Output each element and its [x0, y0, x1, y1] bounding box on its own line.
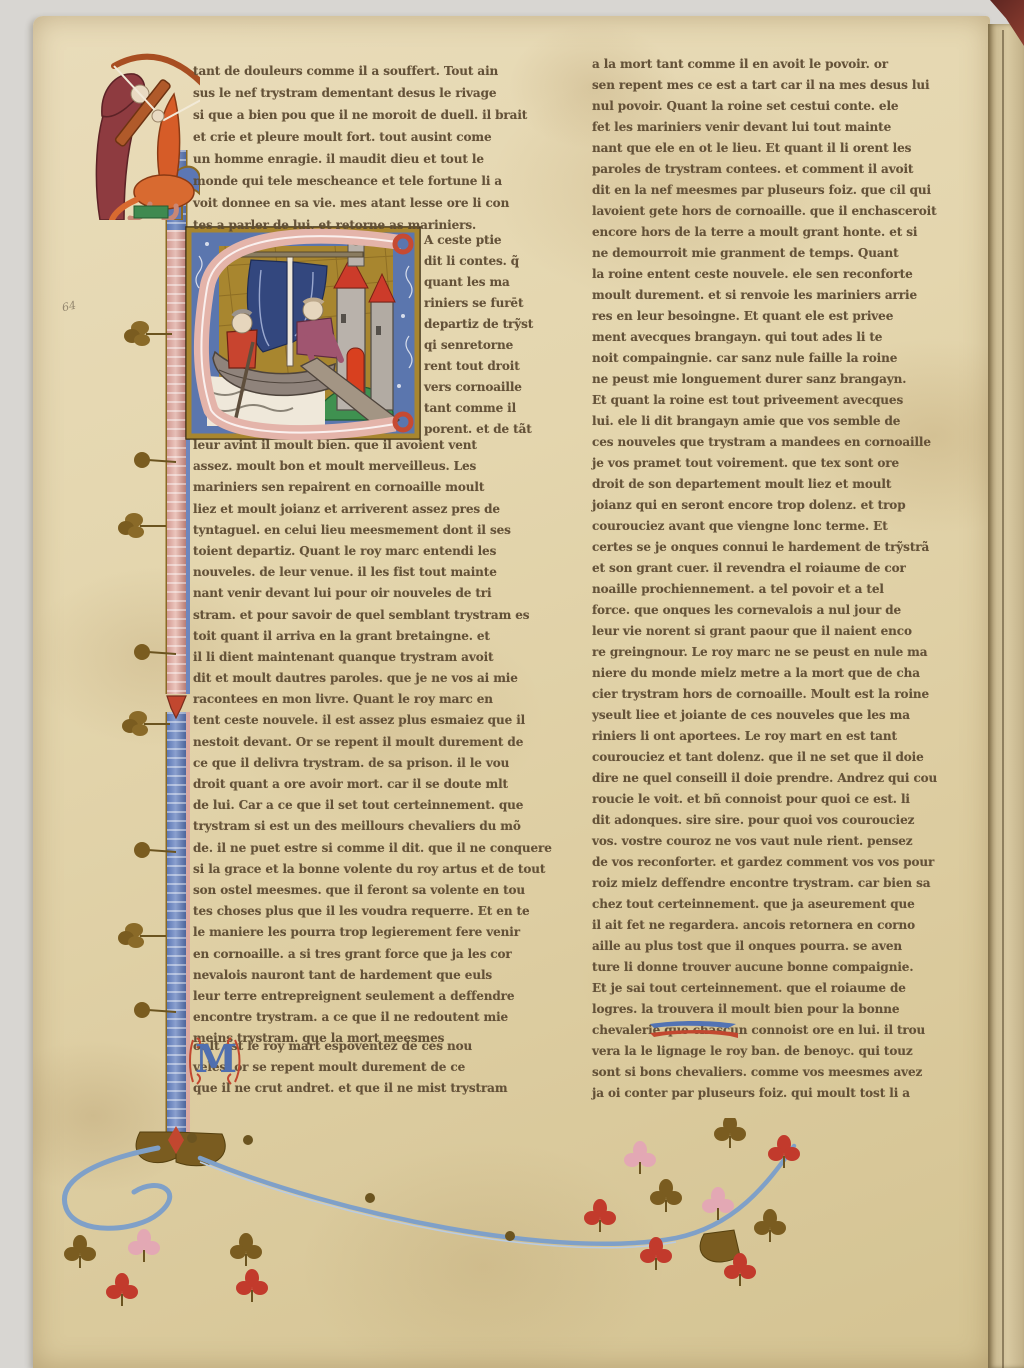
- text-line: fet les mariniers venir devant lui tout …: [592, 117, 967, 138]
- text-line: re greingnour. Le roy marc ne se peust e…: [592, 642, 967, 663]
- text-line: dire ne quel conseill il doie prendre. A…: [592, 768, 967, 789]
- text-line: dit adonques. sire sire. pour quoi vos c…: [592, 810, 967, 831]
- text-line: dit li contes. q̃: [424, 251, 566, 272]
- text-line: que il ne crut andret. et que il ne mist…: [193, 1078, 568, 1099]
- text-line: quant les ma: [424, 272, 566, 293]
- text-line: lui. ele li dit brangayn amie que vos se…: [592, 411, 967, 432]
- text-line: qi senretorne: [424, 335, 566, 356]
- archer-hand: [152, 110, 164, 122]
- text-line: monde qui tele mescheance et tele fortun…: [193, 170, 565, 192]
- illuminated-letter-M: M: [195, 1040, 235, 1080]
- text-line: dit en la nef meesmes par pluseurs foiz.…: [592, 180, 967, 201]
- text-line: nevalois nauront tant de hardement que e…: [193, 965, 568, 986]
- text-line: de. il ne puet estre si comme il dit. qu…: [193, 838, 568, 859]
- text-line: racontees en mon livre. Quant le roy mar…: [193, 689, 568, 710]
- text-line: de vos reconforter. et gardez comment vo…: [592, 852, 967, 873]
- text-line: nestoit devant. Or se repent il moult du…: [193, 732, 568, 753]
- margin-ivy-leaves: [110, 300, 190, 1140]
- text-line: noit compaingnie. car sanz nule faille l…: [592, 348, 967, 369]
- text-line: nouveles. de leur venue. il les fist tou…: [193, 562, 568, 583]
- text-line: courouciez et tant dolenz. que il ne set…: [592, 747, 967, 768]
- left-column-main-text: leur avint il moult bien. que il avoient…: [193, 435, 568, 1049]
- dragon-body: [134, 175, 194, 209]
- text-line: moult durement. et si renvoie les marini…: [592, 285, 967, 306]
- text-line: droit quant a ore avoir mort. car il se …: [193, 774, 568, 795]
- text-line: a la mort tant comme il en avoit le povo…: [592, 54, 967, 75]
- text-line: si la grace et la bonne volente du roy a…: [193, 859, 568, 880]
- text-line: sen repent mes ce est a tart car il na m…: [592, 75, 967, 96]
- text-line: Et quant la roine est tout priveement av…: [592, 390, 967, 411]
- text-line: Et je sai tout certeinnement. que el roi…: [592, 978, 967, 999]
- text-line: chez tout certeinnement. que ja aseureme…: [592, 894, 967, 915]
- text-line: ne demourroit mie granment de temps. Qua…: [592, 243, 967, 264]
- bottom-vine-flourish: [40, 1118, 840, 1318]
- text-line: sont si bons chevaliers. comme vos meesm…: [592, 1062, 967, 1083]
- text-line: lavoient gete hors de cornoaille. que il…: [592, 201, 967, 222]
- text-line: ne peust mie longuement durer sanz brang…: [592, 369, 967, 390]
- archer-on-dragon-drollery: [42, 24, 200, 220]
- mast: [287, 254, 293, 366]
- text-line: la roine entent ceste nouvele. ele sen r…: [592, 264, 967, 285]
- text-line: nant que ele en ot le lieu. Et quant il …: [592, 138, 967, 159]
- text-line: stram. et pour savoir de quel semblant t…: [193, 605, 568, 626]
- text-line: liez et moult joianz et arriverent assez…: [193, 499, 568, 520]
- text-line: je vos pramet tout voirement. que tex so…: [592, 453, 967, 474]
- text-line: et son grant cuer. il revendra el roiaum…: [592, 558, 967, 579]
- text-line: le maniere les pourra trop legierement f…: [193, 922, 568, 943]
- line-filler-icon: [648, 1018, 740, 1040]
- text-line: leur terre entrepreignent seulement a de…: [193, 986, 568, 1007]
- text-line: un homme enragie. il maudit dieu et tout…: [193, 148, 565, 170]
- text-line: nul povoir. Quant la roine set cestui co…: [592, 96, 967, 117]
- text-line: courouciez avant que viengne lonc terme.…: [592, 516, 967, 537]
- manuscript-page: tant de douleurs comme il a souffert. To…: [0, 0, 1024, 1368]
- text-line: voit donnee en sa vie. mes atant lesse o…: [193, 192, 565, 214]
- gold-cusp-mid: [700, 1230, 740, 1262]
- text-line: et crie et pleure moult fort. tout ausin…: [193, 126, 565, 148]
- text-line: niere du monde mielz metre a la mort que…: [592, 663, 967, 684]
- text-line: rent tout droit: [424, 356, 566, 377]
- text-line: noaille prochiennement. a tel povoir et …: [592, 579, 967, 600]
- dragon-wing: [158, 94, 180, 182]
- text-line: departiz de trỹst: [424, 314, 566, 335]
- text-line: A ceste ptie: [424, 230, 566, 251]
- text-line: droit de son departement moult liez et m…: [592, 474, 967, 495]
- text-line: si que a bien pou que il ne moroit de du…: [193, 104, 565, 126]
- text-line: en cornoaille. a si tres grant force que…: [193, 944, 568, 965]
- text-line: nant venir devant lui pour oir nouveles …: [193, 583, 568, 604]
- text-line: toient departiz. Quant le roy marc enten…: [193, 541, 568, 562]
- text-line: mariniers sen repairent en cornoaille mo…: [193, 477, 568, 498]
- yard: [241, 252, 363, 257]
- text-line: aille au plus tost que il onques pourra.…: [592, 936, 967, 957]
- text-line: tyntaguel. en celui lieu meesmement dont…: [193, 520, 568, 541]
- text-line: paroles de trystram contees. et comment …: [592, 159, 967, 180]
- historiated-initial: [185, 226, 421, 440]
- vine-main: [200, 1146, 794, 1244]
- text-line: oult est le roy mart espoventez de ces n…: [193, 1036, 568, 1057]
- text-line: vera la le lignage le roy ban. de benoyc…: [592, 1041, 967, 1062]
- text-line: tant comme il: [424, 398, 566, 419]
- text-line: yseult liee et joiante de ces nouveles q…: [592, 705, 967, 726]
- text-line: riniers li ont aportees. Le roy mart en …: [592, 726, 967, 747]
- left-column-beside-initial-text: A ceste ptiedit li contes. q̃quant les m…: [424, 230, 566, 440]
- text-line: son ostel meesmes. que il feront sa vole…: [193, 880, 568, 901]
- text-line: sus le nef trystram dementant desus le r…: [193, 82, 565, 104]
- text-line: encore hors de la terre a moult grant ho…: [592, 222, 967, 243]
- right-column-text: a la mort tant comme il en avoit le povo…: [592, 54, 967, 1104]
- text-line: encontre trystram. a ce que il ne redout…: [193, 1007, 568, 1028]
- text-line: res en leur besoingne. Et quant ele est …: [592, 306, 967, 327]
- text-line: ment avecques brangayn. qui tout ades li…: [592, 327, 967, 348]
- text-line: joianz qui en seront encore trop dolenz.…: [592, 495, 967, 516]
- text-line: roiz mielz deffendre encontre trystram. …: [592, 873, 967, 894]
- text-line: riniers se furēt: [424, 293, 566, 314]
- text-line: tent ceste nouvele. il est assez plus es…: [193, 710, 568, 731]
- text-line: leur vie norent si grant paour que il na…: [592, 621, 967, 642]
- text-line: tes choses plus que il les voudra requer…: [193, 901, 568, 922]
- text-line: cier trystram hors de cornoaille. Moult …: [592, 684, 967, 705]
- text-line: il li dient maintenant quanque trystram …: [193, 647, 568, 668]
- text-line: ce que il delivra trystram. de sa prison…: [193, 753, 568, 774]
- text-line: ja oi conter par pluseurs foiz. qui moul…: [592, 1083, 967, 1104]
- text-line: ture li donne trouver aucune bonne compa…: [592, 957, 967, 978]
- gutter-shadow: [1002, 30, 1004, 1368]
- green-base: [134, 206, 168, 218]
- rubric-paragraph: M oult est le roy mart espoventez de ces…: [193, 1036, 568, 1099]
- text-line: ces nouveles que trystram a mandees en c…: [592, 432, 967, 453]
- text-line: logres. la trouvera il moult bien pour l…: [592, 999, 967, 1020]
- text-line: tant de douleurs comme il a souffert. To…: [193, 60, 565, 82]
- next-folio-edge: [988, 24, 1024, 1368]
- text-line: leur avint il moult bien. que il avoient…: [193, 435, 568, 456]
- text-line: vers cornoaille: [424, 377, 566, 398]
- left-column-upper-text: tant de douleurs comme il a souffert. To…: [193, 60, 565, 236]
- text-line: dit et moult dautres paroles. que je ne …: [193, 668, 568, 689]
- text-line: de lui. Car a ce que il set tout certein…: [193, 795, 568, 816]
- text-line: force. que onques les cornevalois a nul …: [592, 600, 967, 621]
- text-line: assez. moult bon et moult merveilleus. L…: [193, 456, 568, 477]
- text-line: certes se je onques connui le hardement …: [592, 537, 967, 558]
- text-line: il ait fet ne regardera. ancois retorner…: [592, 915, 967, 936]
- text-line: veles. or se repent moult durement de ce: [193, 1057, 568, 1078]
- text-line: trystram si est un des meillours chevali…: [193, 816, 568, 837]
- text-line: roucie le voit. et bñ connoist pour quo…: [592, 789, 967, 810]
- text-line: toit quant il arriva en la grant bretain…: [193, 626, 568, 647]
- text-line: vos. vostre couroz ne vos vaut nule rien…: [592, 831, 967, 852]
